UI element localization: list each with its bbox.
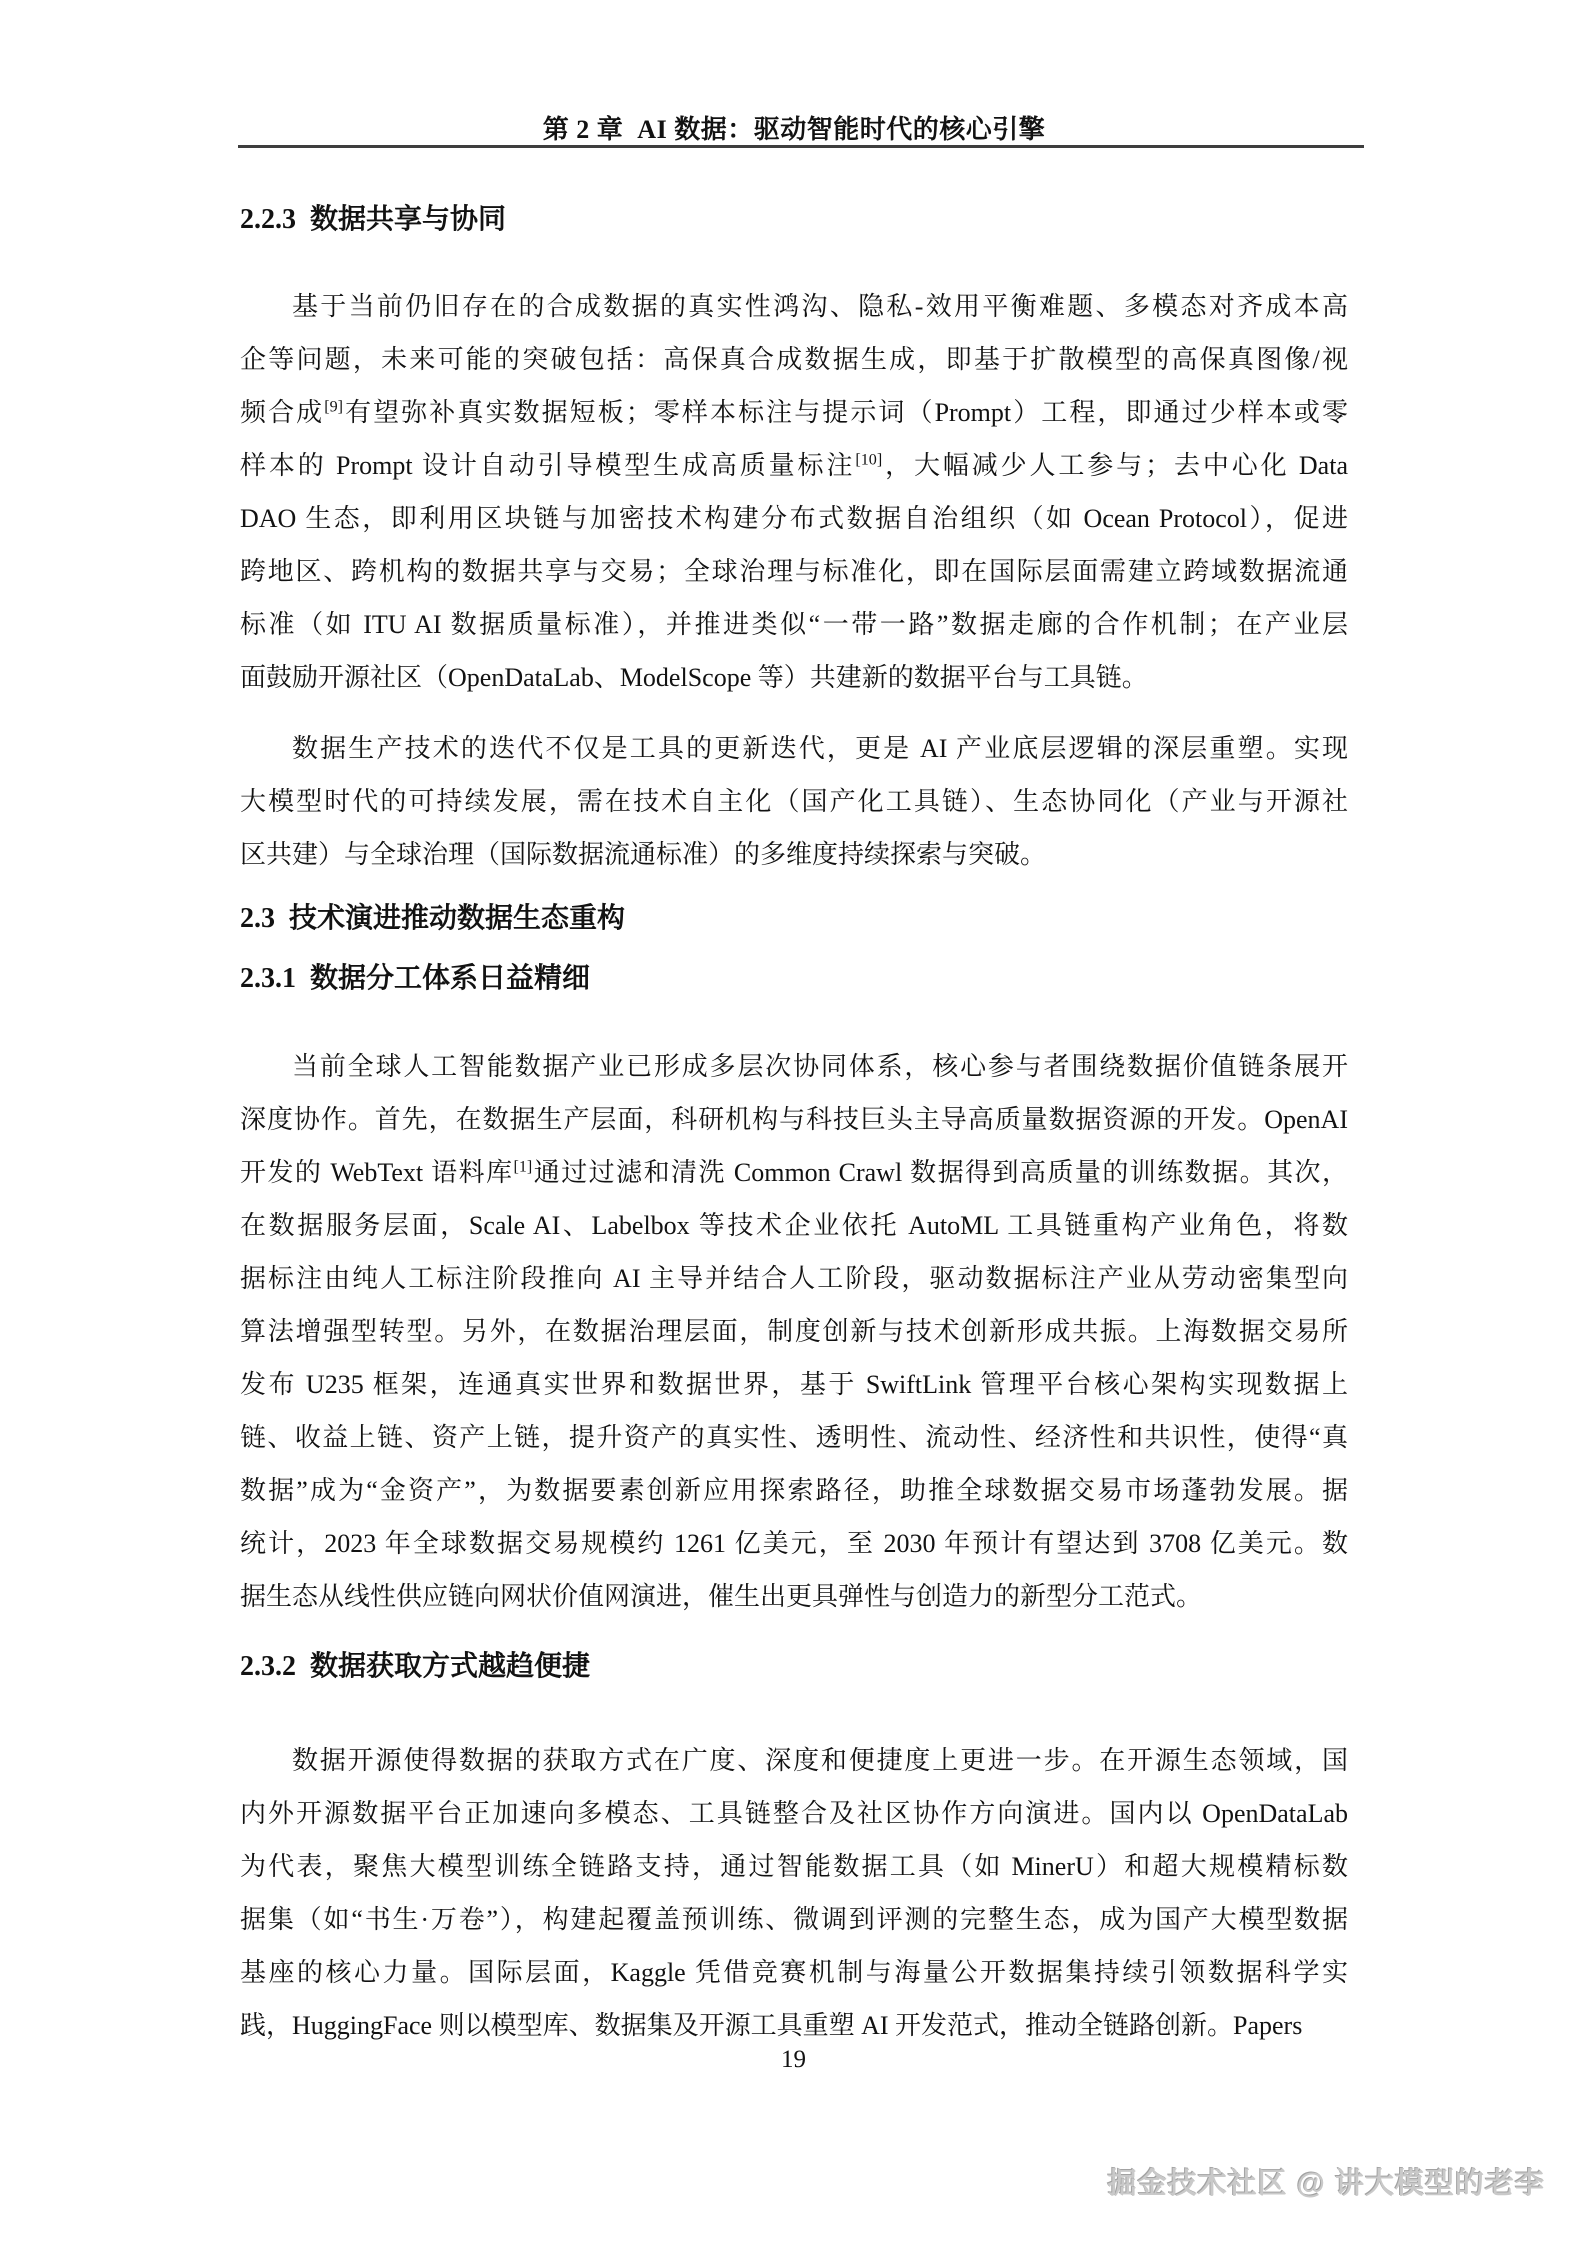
- text-line: 为代表，聚焦大模型训练全链路支持，通过智能数据工具（如 MinerU）和超大规模…: [240, 1840, 1348, 1893]
- section-heading-2-2-3: 2.2.3 数据共享与协同: [240, 203, 506, 237]
- footnote-ref: [9]: [324, 398, 343, 415]
- text-line: 发布 U235 框架，连通真实世界和数据世界，基于 SwiftLink 管理平台…: [240, 1358, 1348, 1411]
- text-line: 区共建）与全球治理（国际数据流通标准）的多维度持续探索与突破。: [240, 828, 1348, 881]
- text-line: 内外开源数据平台正加速向多模态、工具链整合及社区协作方向演进。国内以 OpenD…: [240, 1787, 1348, 1840]
- footnote-ref: [1]: [513, 1158, 532, 1175]
- page-number: 19: [0, 2046, 1587, 2074]
- text-line: 链、收益上链、资产上链，提升资产的真实性、透明性、流动性、经济性和共识性，使得“…: [240, 1411, 1348, 1464]
- text-line: 统计，2023 年全球数据交易规模约 1261 亿美元，至 2030 年预计有望…: [240, 1517, 1348, 1570]
- text-line: 开发的 WebText 语料库[1]通过过滤和清洗 Common Crawl 数…: [240, 1146, 1348, 1199]
- header-rule-divider: [238, 145, 1364, 148]
- text-line: 企等问题，未来可能的突破包括：高保真合成数据生成，即基于扩散模型的高保真图像/视: [240, 333, 1348, 386]
- text-line: 当前全球人工智能数据产业已形成多层次协同体系，核心参与者围绕数据价值链条展开: [240, 1040, 1348, 1093]
- text-line: 算法增强型转型。另外，在数据治理层面，制度创新与技术创新形成共振。上海数据交易所: [240, 1305, 1348, 1358]
- text-line: 大模型时代的可持续发展，需在技术自主化（国产化工具链）、生态协同化（产业与开源社: [240, 775, 1348, 828]
- paragraph-open-data-access: 数据开源使得数据的获取方式在广度、深度和便捷度上更进一步。在开源生态领域，国内外…: [240, 1734, 1348, 2052]
- text-line: 数据开源使得数据的获取方式在广度、深度和便捷度上更进一步。在开源生态领域，国: [240, 1734, 1348, 1787]
- watermark-text: 掘金技术社区 @ 讲大模型的老李: [1108, 2161, 1545, 2202]
- paragraph-data-division-of-labor: 当前全球人工智能数据产业已形成多层次协同体系，核心参与者围绕数据价值链条展开深度…: [240, 1040, 1348, 1623]
- text-line: DAO 生态，即利用区块链与加密技术构建分布式数据自治组织（如 Ocean Pr…: [240, 492, 1348, 545]
- section-heading-2-3-1: 2.3.1 数据分工体系日益精细: [240, 962, 590, 996]
- text-line: 跨地区、跨机构的数据共享与交易；全球治理与标准化，即在国际层面需建立跨域数据流通: [240, 545, 1348, 598]
- text-line: 深度协作。首先，在数据生产层面，科研机构与科技巨头主导高质量数据资源的开发。Op…: [240, 1093, 1348, 1146]
- footnote-ref: [10]: [855, 451, 882, 468]
- text-line: 据标注由纯人工标注阶段推向 AI 主导并结合人工阶段，驱动数据标注产业从劳动密集…: [240, 1252, 1348, 1305]
- text-line: 标准（如 ITU AI 数据质量标准），并推进类似“一带一路”数据走廊的合作机制…: [240, 598, 1348, 651]
- text-line: 数据”成为“金资产”，为数据要素创新应用探索路径，助推全球数据交易市场蓬勃发展。…: [240, 1464, 1348, 1517]
- text-line: 践，HuggingFace 则以模型库、数据集及开源工具重塑 AI 开发范式，推…: [240, 1999, 1348, 2052]
- paragraph-synthetic-data-breakthroughs: 基于当前仍旧存在的合成数据的真实性鸿沟、隐私-效用平衡难题、多模态对齐成本高企等…: [240, 280, 1348, 704]
- text-line: 在数据服务层面，Scale AI、Labelbox 等技术企业依托 AutoML…: [240, 1199, 1348, 1252]
- text-line: 据集（如“书生·万卷”），构建起覆盖预训练、微调到评测的完整生态，成为国产大模型…: [240, 1893, 1348, 1946]
- text-line: 频合成[9]有望弥补真实数据短板；零样本标注与提示词（Prompt）工程，即通过…: [240, 386, 1348, 439]
- text-line: 据生态从线性供应链向网状价值网演进，催生出更具弹性与创造力的新型分工范式。: [240, 1570, 1348, 1623]
- paragraph-data-production-iteration: 数据生产技术的迭代不仅是工具的更新迭代，更是 AI 产业底层逻辑的深层重塑。实现…: [240, 722, 1348, 881]
- text-line: 样本的 Prompt 设计自动引导模型生成高质量标注[10]，大幅减少人工参与；…: [240, 439, 1348, 492]
- document-page: 第 2 章 AI 数据：驱动智能时代的核心引擎 2.2.3 数据共享与协同 基于…: [0, 0, 1587, 2245]
- text-line: 基座的核心力量。国际层面，Kaggle 凭借竞赛机制与海量公开数据集持续引领数据…: [240, 1946, 1348, 1999]
- text-line: 数据生产技术的迭代不仅是工具的更新迭代，更是 AI 产业底层逻辑的深层重塑。实现: [240, 722, 1348, 775]
- section-heading-2-3-2: 2.3.2 数据获取方式越趋便捷: [240, 1650, 590, 1684]
- text-line: 面鼓励开源社区（OpenDataLab、ModelScope 等）共建新的数据平…: [240, 651, 1348, 704]
- section-heading-2-3: 2.3 技术演进推动数据生态重构: [240, 902, 625, 936]
- running-header-title: 第 2 章 AI 数据：驱动智能时代的核心引擎: [240, 109, 1348, 146]
- text-line: 基于当前仍旧存在的合成数据的真实性鸿沟、隐私-效用平衡难题、多模态对齐成本高: [240, 280, 1348, 333]
